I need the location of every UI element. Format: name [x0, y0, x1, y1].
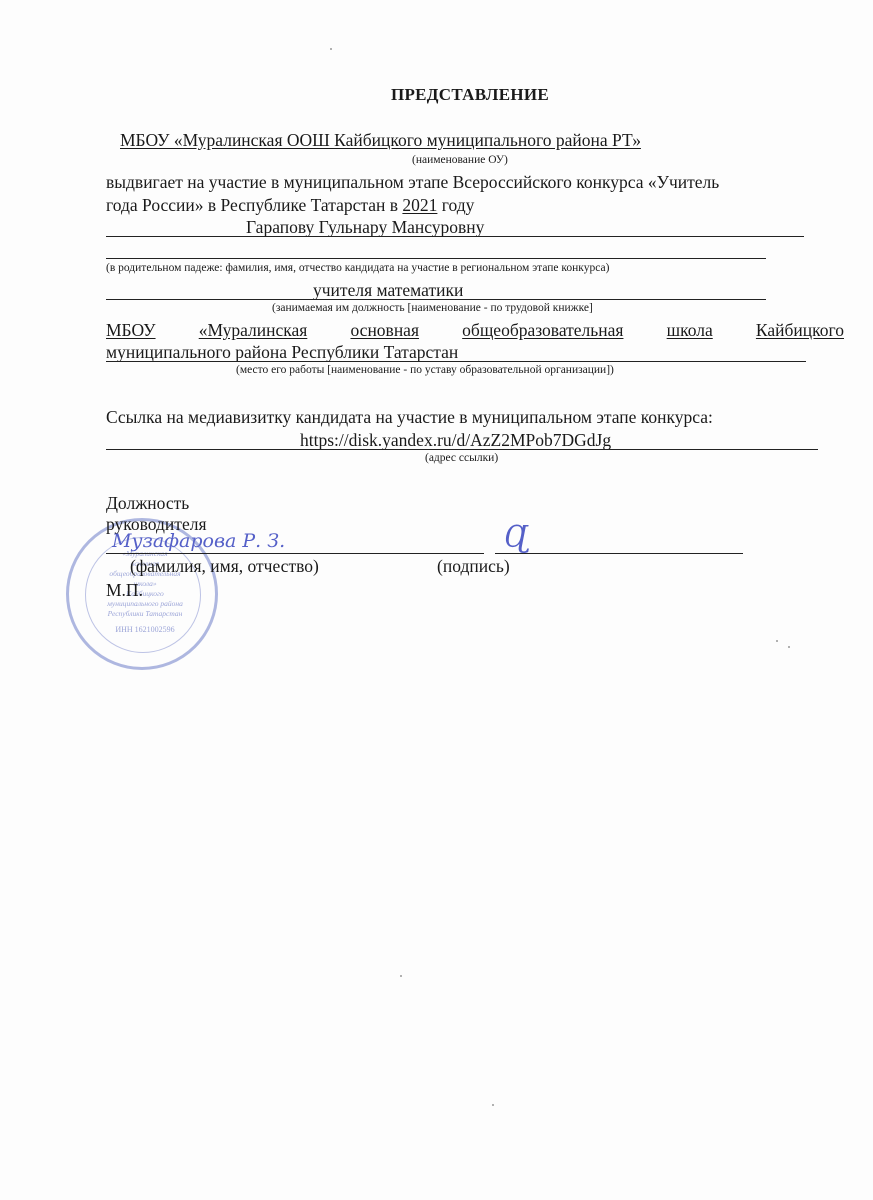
candidate-name-underline	[106, 236, 804, 237]
document-title: ПРЕДСТАВЛЕНИЕ	[0, 85, 873, 105]
scan-speck	[330, 48, 332, 50]
nomination-suffix: году	[437, 195, 474, 215]
institution-name: МБОУ «Муралинская ООШ Кайбицкого муницип…	[106, 130, 641, 151]
workplace-word: общеобразовательная	[462, 320, 623, 341]
position-caption: (занимаемая им должность [наименование -…	[272, 302, 593, 314]
mediacard-link-label: Ссылка на медиавизитку кандидата на учас…	[106, 407, 713, 428]
head-position-label-1: Должность	[106, 493, 189, 514]
candidate-extra-underline	[106, 258, 766, 259]
workplace-word: основная	[350, 320, 419, 341]
name-caption: (фамилия, имя, отчество)	[130, 556, 319, 577]
stamp-text: Республики Татарстан	[95, 609, 195, 619]
workplace-line-2: муниципального района Республики Татарст…	[106, 342, 458, 363]
signature-underline	[495, 553, 743, 554]
candidate-position: учителя математики	[313, 280, 463, 301]
scan-speck	[788, 646, 790, 648]
workplace-caption: (место его работы [наименование - по уст…	[236, 364, 614, 376]
workplace-line-1: МБОУ «Муралинская основная общеобразоват…	[106, 320, 844, 341]
workplace-word: школа	[667, 320, 713, 341]
mediacard-link-url[interactable]: https://disk.yandex.ru/d/AzZ2MPob7DGdJg	[300, 430, 611, 451]
stamp-inn: ИНН 1621002596	[95, 625, 195, 635]
scan-speck	[776, 640, 778, 642]
contest-year: 2021	[402, 195, 437, 215]
scan-speck	[492, 1104, 494, 1106]
link-caption: (адрес ссылки)	[425, 452, 498, 464]
workplace-word: Кайбицкого	[756, 320, 844, 341]
name-underline	[106, 553, 484, 554]
institution-caption: (наименование ОУ)	[412, 154, 508, 166]
nomination-line-2: года России» в Республике Татарстан в 20…	[106, 195, 474, 216]
candidate-name: Гарапову Гульнару Мансуровну	[246, 217, 484, 238]
workplace-word: «Муралинская	[199, 320, 308, 341]
workplace-word: МБОУ	[106, 320, 156, 341]
position-underline	[106, 299, 766, 300]
seal-label: М.П.	[106, 580, 143, 601]
scan-speck	[400, 975, 402, 977]
nomination-line-1: выдвигает на участие в муниципальном эта…	[106, 172, 719, 193]
signature-caption: (подпись)	[437, 556, 510, 577]
workplace-underline	[106, 361, 806, 362]
head-handwritten-name: Музафарова Р. З.	[112, 530, 285, 552]
candidate-caption: (в родительном падеже: фамилия, имя, отч…	[106, 262, 609, 274]
nomination-prefix: года России» в Республике Татарстан в	[106, 195, 402, 215]
signature-mark: Ɋ	[504, 520, 527, 555]
link-underline	[106, 449, 818, 450]
